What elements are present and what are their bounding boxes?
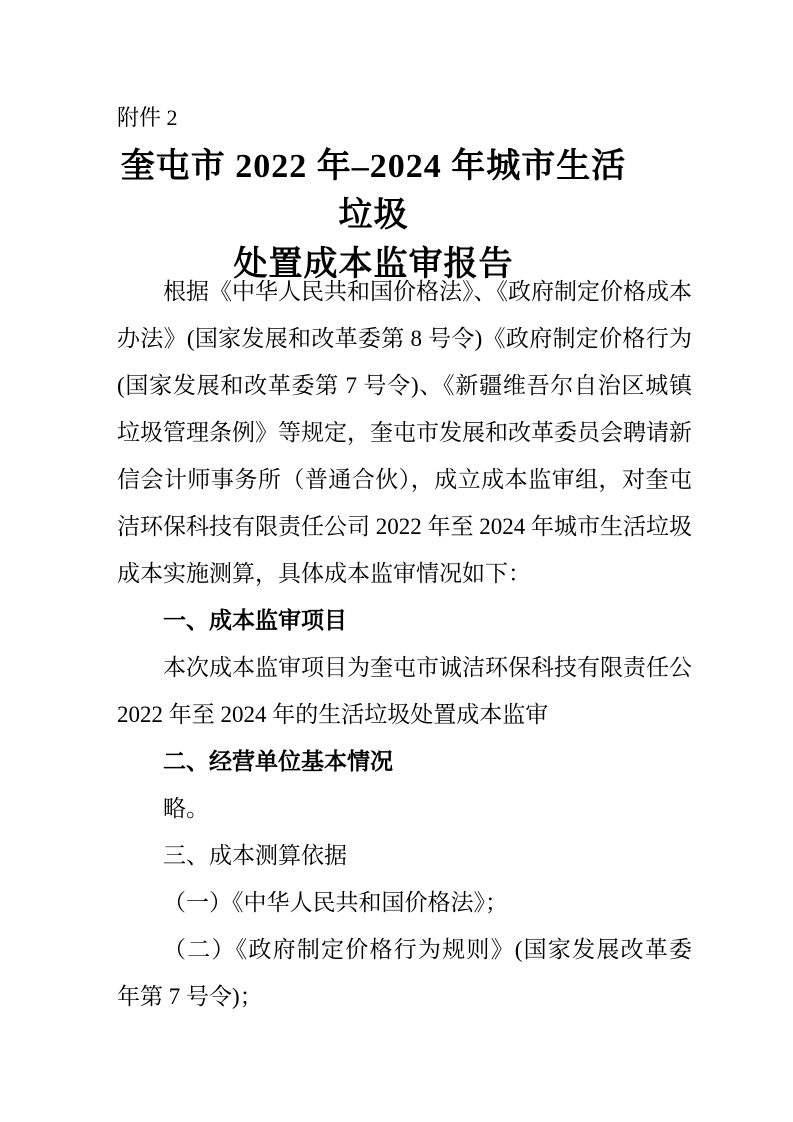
document-title-line-1: 奎屯市 2022 年–2024 年城市生活垃圾 [117, 142, 630, 240]
paragraph-1-line-1: 根据《中华人民共和国价格法》、《政府制定价格成本监审 [117, 268, 692, 315]
section-heading-3: 三、成本测算依据 [117, 832, 692, 879]
attachment-label: 附件 2 [117, 102, 178, 134]
section-2-content: 略。 [117, 785, 692, 832]
paragraph-1-line-3: (国家发展和改革委第 7 号令)、《新疆维吾尔自治区城镇生活 [117, 362, 692, 409]
paragraph-2-line-2: 2022 年至 2024 年的生活垃圾处置成本监审 [117, 691, 692, 738]
section-heading-1: 一、成本监审项目 [117, 597, 692, 644]
document-page: 附件 2 奎屯市 2022 年–2024 年城市生活垃圾 处置成本监审报告 根据… [0, 0, 793, 1122]
document-body: 根据《中华人民共和国价格法》、《政府制定价格成本监审 办法》(国家发展和改革委第… [117, 268, 692, 1020]
paragraph-2-line-1: 本次成本监审项目为奎屯市诚洁环保科技有限责任公司 [117, 644, 692, 691]
document-title: 奎屯市 2022 年–2024 年城市生活垃圾 处置成本监审报告 [117, 142, 692, 289]
paragraph-1-line-6: 洁环保科技有限责任公司 2022 年至 2024 年城市生活垃圾处置 [117, 503, 692, 550]
list-item-2-line-2: 年第 7 号令)； [117, 973, 692, 1020]
paragraph-1-line-4: 垃圾管理条例》等规定，奎屯市发展和改革委员会聘请新疆诚 [117, 409, 692, 456]
paragraph-1-line-7: 成本实施测算，具体成本监审情况如下： [117, 550, 692, 597]
list-item-2-line-1: （二）《政府制定价格行为规则》(国家发展改革委 2017 [117, 926, 692, 973]
list-item-1: （一）《中华人民共和国价格法》； [117, 879, 692, 926]
paragraph-1-line-5: 信会计师事务所（普通合伙），成立成本监审组，对奎屯市诚 [117, 456, 692, 503]
paragraph-1-line-2: 办法》(国家发展和改革委第 8 号令)《政府制定价格行为规则》 [117, 315, 692, 362]
section-heading-2: 二、经营单位基本情况 [117, 738, 692, 785]
